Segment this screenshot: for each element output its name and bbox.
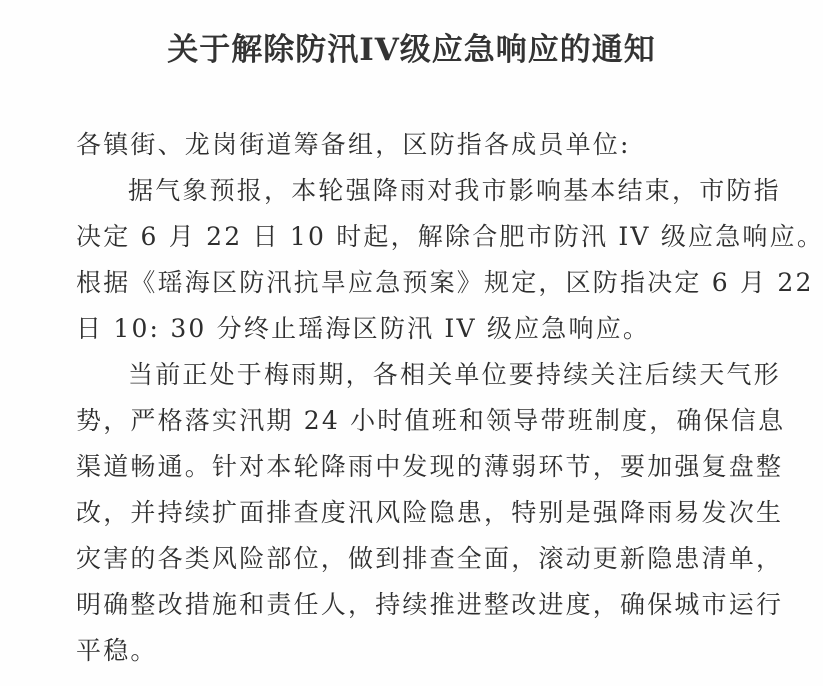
paragraph-1-line-1: 据气象预报，本轮强降雨对我市影响基本结束，市防指: [128, 176, 781, 206]
document-page: 关于解除防汛IV级应急响应的通知 各镇街、龙岗街道筹备组，区防指各成员单位: 据…: [0, 0, 823, 686]
paragraph-2-line-1: 当前正处于梅雨期，各相关单位要持续关注后续天气形: [128, 360, 781, 390]
paragraph-2-line-7: 平稳。: [76, 636, 158, 666]
paragraph-1-line-4: 日 10: 30 分终止瑶海区防汛 IV 级应急响应。: [76, 314, 650, 344]
paragraph-1-line-3: 根据《瑶海区防汛抗旱应急预案》规定，区防指决定 6 月 22: [76, 268, 814, 298]
paragraph-2-line-2: 势，严格落实汛期 24 小时值班和领导带班制度，确保信息: [76, 406, 785, 436]
salutation: 各镇街、龙岗街道筹备组，区防指各成员单位:: [76, 130, 631, 160]
paragraph-2-line-4: 改，并持续扩面排查度汛风险隐患，特别是强降雨易发次生: [76, 498, 783, 528]
paragraph-2-line-3: 渠道畅通。针对本轮降雨中发现的薄弱环节，要加强复盘整: [76, 452, 783, 482]
paragraph-2-line-6: 明确整改措施和责任人，持续推进整改进度，确保城市运行: [76, 590, 783, 620]
paragraph-1-line-2: 决定 6 月 22 日 10 时起，解除合肥市防汛 IV 级应急响应。: [76, 222, 823, 252]
paragraph-2-line-5: 灾害的各类风险部位，做到排查全面，滚动更新隐患清单，: [76, 544, 783, 574]
document-title: 关于解除防汛IV级应急响应的通知: [0, 24, 823, 69]
